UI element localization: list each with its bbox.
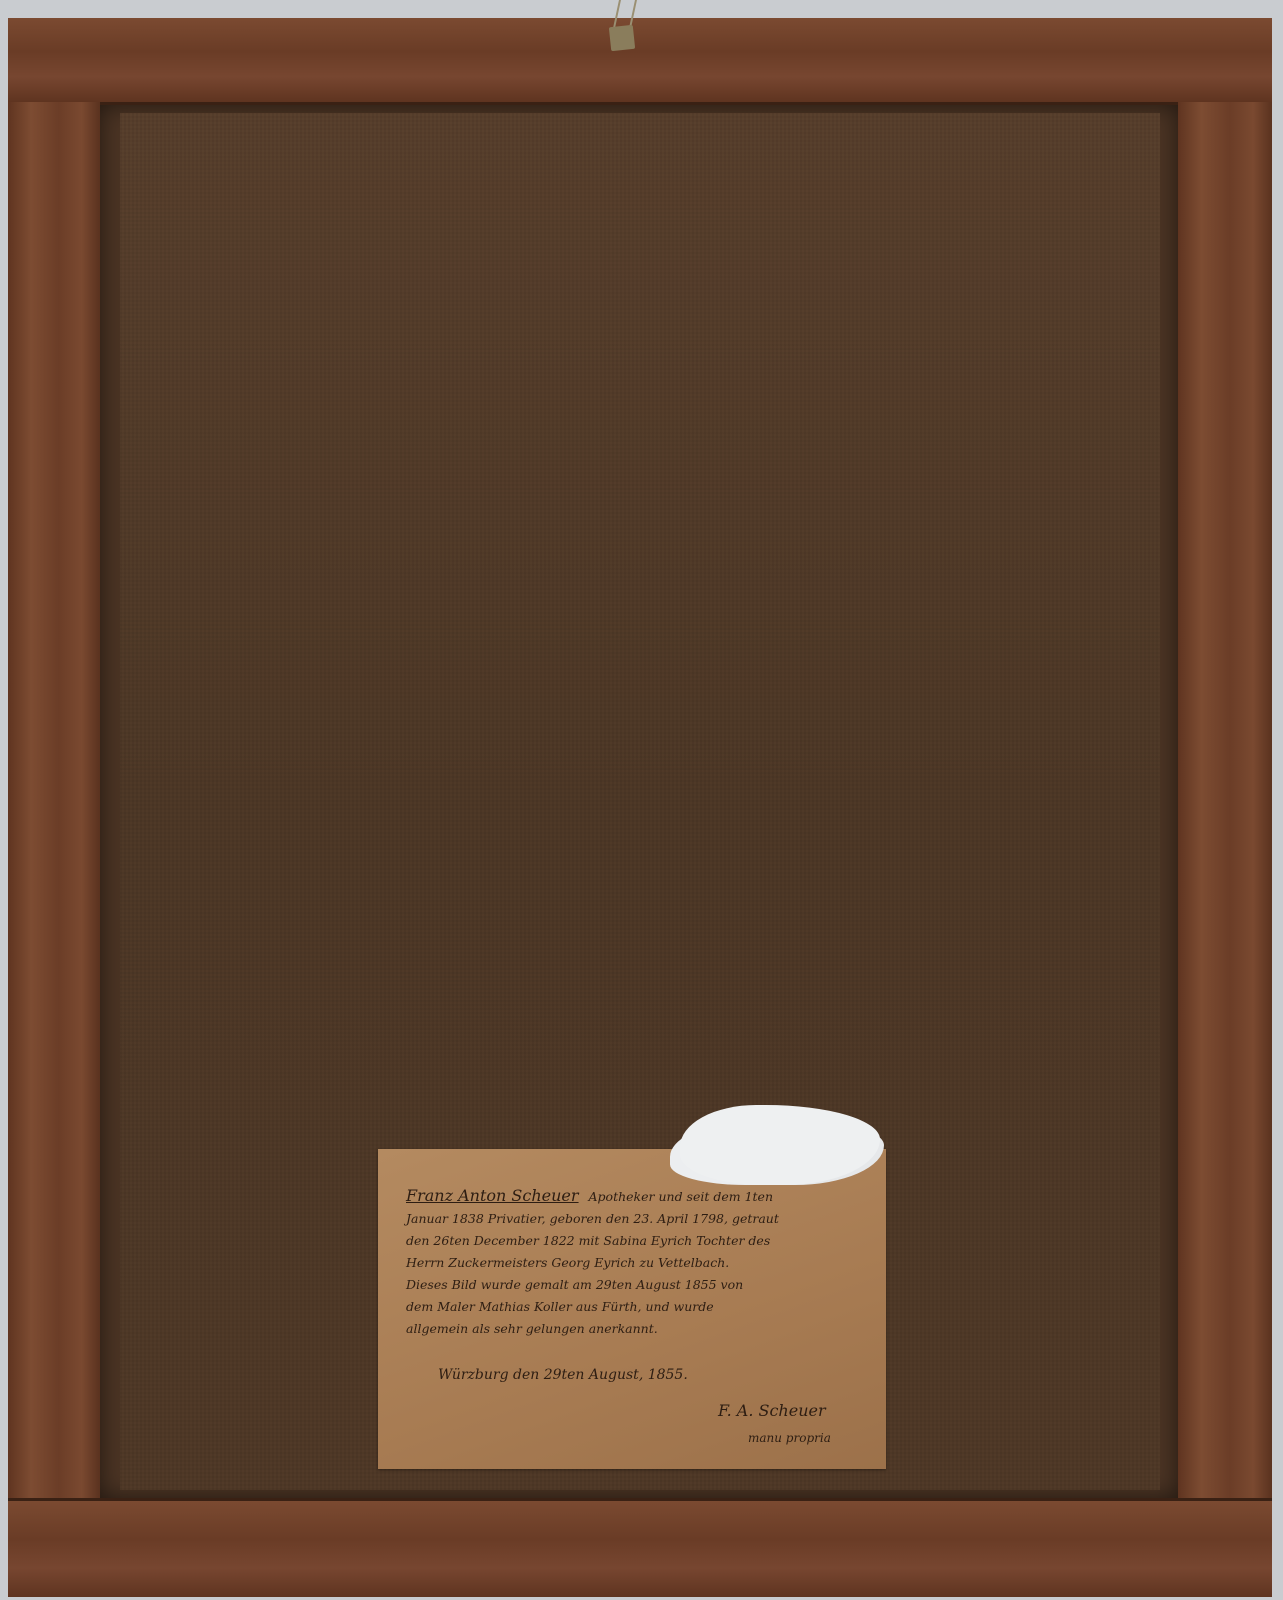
frame-top-rail — [8, 18, 1272, 105]
label-line-5: Dieses Bild wurde gemalt am 29ten August… — [406, 1274, 862, 1296]
label-text: Franz Anton Scheuer Apotheker und seit d… — [406, 1185, 862, 1340]
frame-bottom-rail — [8, 1498, 1272, 1597]
label-line-4: Herrn Zuckermeisters Georg Eyrich zu Vet… — [406, 1252, 862, 1274]
label-line-1: Franz Anton Scheuer Apotheker und seit d… — [406, 1185, 862, 1208]
label-line-7: allgemein als sehr gelungen anerkannt. — [406, 1318, 862, 1340]
frame-left-rail — [8, 102, 100, 1498]
label-signature: F. A. Scheuer — [718, 1401, 826, 1420]
label-place-date: Würzburg den 29ten August, 1855. — [438, 1367, 688, 1383]
provenance-label: Franz Anton Scheuer Apotheker und seit d… — [378, 1149, 886, 1469]
frame-right-rail — [1178, 102, 1272, 1498]
label-title: Franz Anton Scheuer — [406, 1186, 579, 1205]
hanging-hook-icon — [609, 25, 635, 51]
label-manu-propria: manu propria — [748, 1431, 831, 1445]
label-line-2: Januar 1838 Privatier, geboren den 23. A… — [406, 1208, 862, 1230]
label-text-fragment: Apotheker und seit dem 1ten — [589, 1189, 773, 1204]
label-line-3: den 26ten December 1822 mit Sabina Eyric… — [406, 1230, 862, 1252]
label-line-6: dem Maler Mathias Koller aus Fürth, und … — [406, 1296, 862, 1318]
